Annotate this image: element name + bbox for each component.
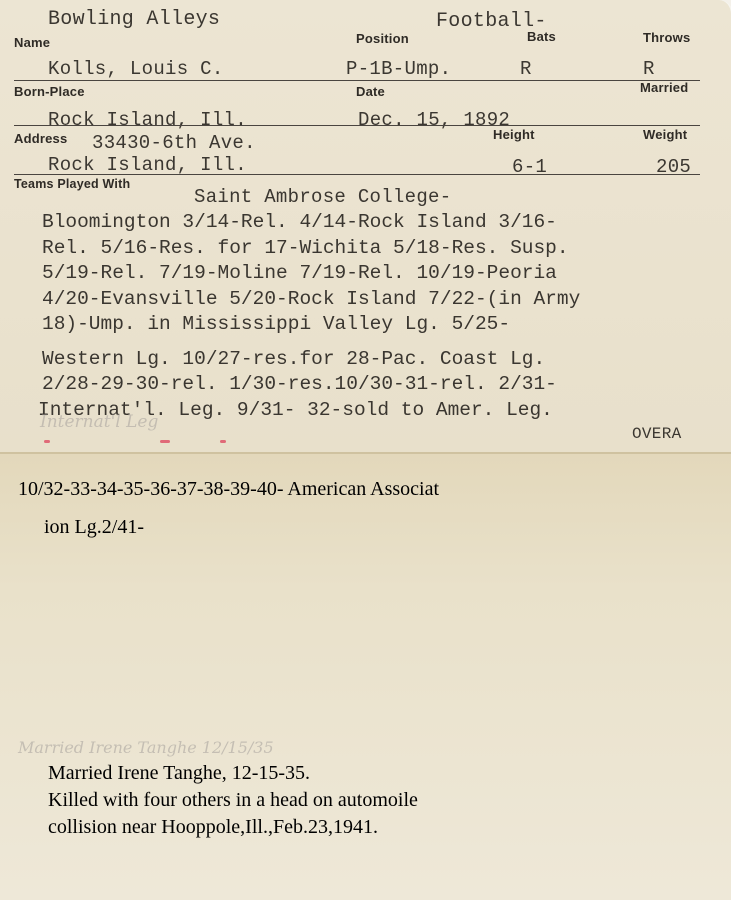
card-front: Bowling Alleys Football- Name Position B… bbox=[0, 0, 731, 452]
label-name: Name bbox=[14, 35, 50, 50]
note-line: Killed with four others in a head on aut… bbox=[48, 787, 418, 814]
value-date: Dec. 15, 1892 bbox=[358, 109, 510, 131]
value-bats: R bbox=[520, 58, 532, 80]
red-mark bbox=[220, 440, 226, 443]
teams-heading: Saint Ambrose College- bbox=[194, 186, 451, 208]
over-mark: OVERA bbox=[632, 425, 682, 443]
label-address: Address bbox=[14, 131, 67, 146]
label-weight: Weight bbox=[643, 127, 687, 142]
value-address-line1: 33430-6th Ave. bbox=[92, 132, 256, 154]
note-line: collision near Hooppole,Ill.,Feb.23,1941… bbox=[48, 814, 418, 841]
label-married: Married bbox=[640, 80, 688, 95]
header-note-left: Bowling Alleys bbox=[48, 8, 220, 31]
pencil-note-front: Internat'l Leg bbox=[40, 412, 158, 432]
value-name: Kolls, Louis C. bbox=[48, 58, 224, 80]
teams-line: 4/20-Evansville 5/20-Rock Island 7/22-(i… bbox=[42, 287, 580, 313]
label-throws: Throws bbox=[643, 30, 690, 45]
pencil-note-back: Married Irene Tanghe 12/15/35 bbox=[18, 738, 274, 757]
teams-line: 18)-Ump. in Mississippi Valley Lg. 5/25- bbox=[42, 312, 580, 338]
teams-line: Western Lg. 10/27-res.for 28-Pac. Coast … bbox=[42, 347, 580, 373]
value-throws: R bbox=[643, 58, 655, 80]
teams-line: 2/28-29-30-rel. 1/30-res.10/30-31-rel. 2… bbox=[42, 372, 580, 398]
red-mark bbox=[44, 440, 50, 443]
continuation-line: 10/32-33-34-35-36-37-38-39-40- American … bbox=[18, 470, 439, 508]
label-bats: Bats bbox=[527, 29, 556, 44]
value-address-line2: Rock Island, Ill. bbox=[48, 154, 247, 176]
value-position: P-1B-Ump. bbox=[346, 58, 451, 80]
label-teams-played-with: Teams Played With bbox=[14, 177, 130, 191]
value-born-place: Rock Island, Ill. bbox=[48, 109, 247, 131]
continuation-line: ion Lg.2/41- bbox=[44, 508, 439, 546]
red-mark bbox=[160, 440, 170, 443]
teams-line: Bloomington 3/14-Rel. 4/14-Rock Island 3… bbox=[42, 210, 580, 236]
rule-born bbox=[14, 125, 700, 126]
label-position: Position bbox=[356, 31, 409, 46]
note-line: Married Irene Tanghe, 12-15-35. bbox=[48, 760, 418, 787]
biographical-notes: Married Irene Tanghe, 12-15-35. Killed w… bbox=[48, 760, 418, 841]
label-height: Height bbox=[493, 127, 535, 142]
label-date: Date bbox=[356, 84, 385, 99]
label-born-place: Born-Place bbox=[14, 84, 85, 99]
teams-line: Rel. 5/16-Res. for 17-Wichita 5/18-Res. … bbox=[42, 236, 580, 262]
teams-history: Bloomington 3/14-Rel. 4/14-Rock Island 3… bbox=[42, 210, 580, 423]
teams-line: 5/19-Rel. 7/19-Moline 7/19-Rel. 10/19-Pe… bbox=[42, 261, 580, 287]
teams-continuation: 10/32-33-34-35-36-37-38-39-40- American … bbox=[18, 470, 439, 546]
rule-address bbox=[14, 174, 700, 175]
rule-name bbox=[14, 80, 700, 81]
